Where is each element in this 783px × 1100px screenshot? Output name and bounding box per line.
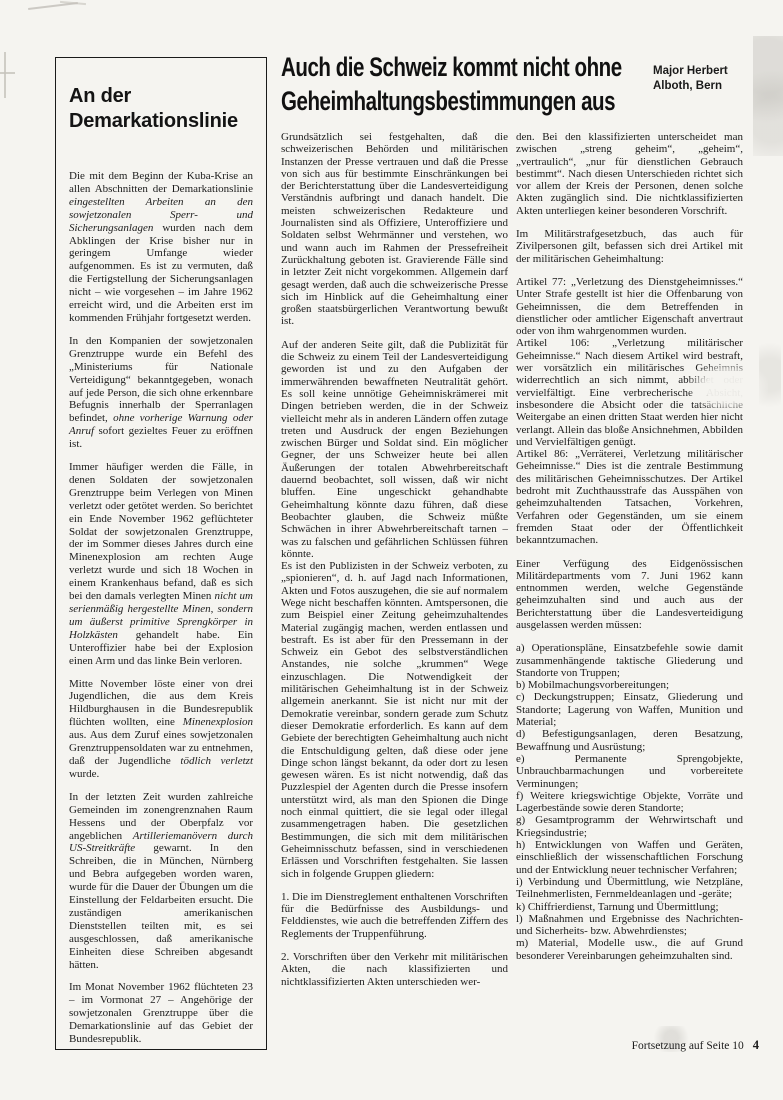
author-name-line: Major Herbert xyxy=(653,65,728,77)
paragraph: 2. Vorschriften über den Verkehr mit mil… xyxy=(281,951,508,988)
paragraph: c) Deckungstruppen; Einsatz, Gliederung … xyxy=(516,691,743,728)
scan-registration-mark xyxy=(0,72,15,74)
page-number: 4 xyxy=(753,1038,759,1052)
paragraph: Im Militärstrafgesetzbuch, das auch für … xyxy=(516,228,743,265)
paragraph: Auf der anderen Seite gilt, daß die Publ… xyxy=(281,339,508,560)
article-column-2: den. Bei den klassifizierten unterscheid… xyxy=(516,131,743,1063)
paragraph: h) Entwicklungen von Waffen und Geräten,… xyxy=(516,839,743,876)
scan-mark xyxy=(60,1,86,5)
paragraph: f) Weitere kriegswichtige Objekte, Vorrä… xyxy=(516,790,743,815)
paragraph: Mitte November löste einer von drei Juge… xyxy=(69,678,253,781)
paragraph: In der letzten Zeit wurden zahlreiche Ge… xyxy=(69,791,253,972)
paragraph: g) Gesamtprogramm der Wehrwirtschaft und… xyxy=(516,814,743,839)
paragraph: 1. Die im Dienstreglement enthaltenen Vo… xyxy=(281,891,508,940)
paragraph: Grundsätzlich sei festgehalten, daß die … xyxy=(281,131,508,328)
paragraph: Artikel 86: „Verräterei, Verletzung mili… xyxy=(516,448,743,546)
continuation-note: Fortsetzung auf Seite 10 xyxy=(632,1040,744,1052)
paragraph: m) Material, Modelle usw., die auf Grund… xyxy=(516,937,743,962)
sidebar-title-line: An der xyxy=(69,85,131,107)
paragraph: k) Chiffrierdienst, Tarnung und Übermitt… xyxy=(516,901,743,913)
sidebar-body: Die mit dem Beginn der Kuba-Krise an all… xyxy=(69,170,253,1046)
paper-texture xyxy=(753,36,783,156)
paragraph: Artikel 77: „Verletzung des Dienstgeheim… xyxy=(516,276,743,337)
paragraph: den. Bei den klassifizierten unterscheid… xyxy=(516,131,743,217)
paragraph: l) Maßnahmen und Ergebnisse des Nachrich… xyxy=(516,913,743,938)
scan-mark xyxy=(28,2,78,10)
paragraph: a) Operationspläne, Einsatzbefehle sowie… xyxy=(516,642,743,679)
paragraph: Die mit dem Beginn der Kuba-Krise an all… xyxy=(69,170,253,325)
magazine-page: An der Demarkationslinie Die mit dem Beg… xyxy=(0,0,783,1100)
paragraph: Einer Verfügung des Eidgenössischen Mili… xyxy=(516,558,743,632)
article-column-1: Grundsätzlich sei festgehalten, daß die … xyxy=(281,131,508,1063)
sidebar-article-box: An der Demarkationslinie Die mit dem Beg… xyxy=(55,57,267,1050)
paragraph: b) Mobilmachungsvorbereitungen; xyxy=(516,679,743,691)
article-title: Auch die Schweiz kommt nicht ohne Geheim… xyxy=(281,50,646,118)
paragraph: i) Verbindung und Übermittlung, wie Netz… xyxy=(516,876,743,901)
paragraph: In den Kompanien der sowjetzonalen Grenz… xyxy=(69,335,253,451)
article-title-line: Auch die Schweiz kommt nicht ohne xyxy=(281,50,646,84)
paragraph: Im Monat November 1962 flüchteten 23 – i… xyxy=(69,981,253,1046)
paragraph: d) Befestigungsanlagen, deren Besatzung,… xyxy=(516,728,743,753)
sidebar-title: An der Demarkationslinie xyxy=(69,84,253,134)
paragraph: Es ist den Publizisten in der Schweiz ve… xyxy=(281,560,508,880)
article-title-line: Geheimhaltungsbestimmungen aus xyxy=(281,84,646,118)
paragraph: Artikel 106: „Verletzung militärischer G… xyxy=(516,337,743,448)
scan-registration-mark xyxy=(4,52,6,98)
paper-texture xyxy=(759,330,781,420)
paragraph: e) Permanente Sprengobjekte, Unbrauchbar… xyxy=(516,753,743,790)
sidebar-title-line: Demarkationslinie xyxy=(69,110,238,132)
page-footer: Fortsetzung auf Seite 104 xyxy=(516,1038,759,1053)
article-author: Major Herbert Alboth, Bern xyxy=(653,64,728,94)
author-name-line: Alboth, Bern xyxy=(653,80,722,92)
paragraph: Immer häufiger werden die Fälle, in dene… xyxy=(69,461,253,668)
